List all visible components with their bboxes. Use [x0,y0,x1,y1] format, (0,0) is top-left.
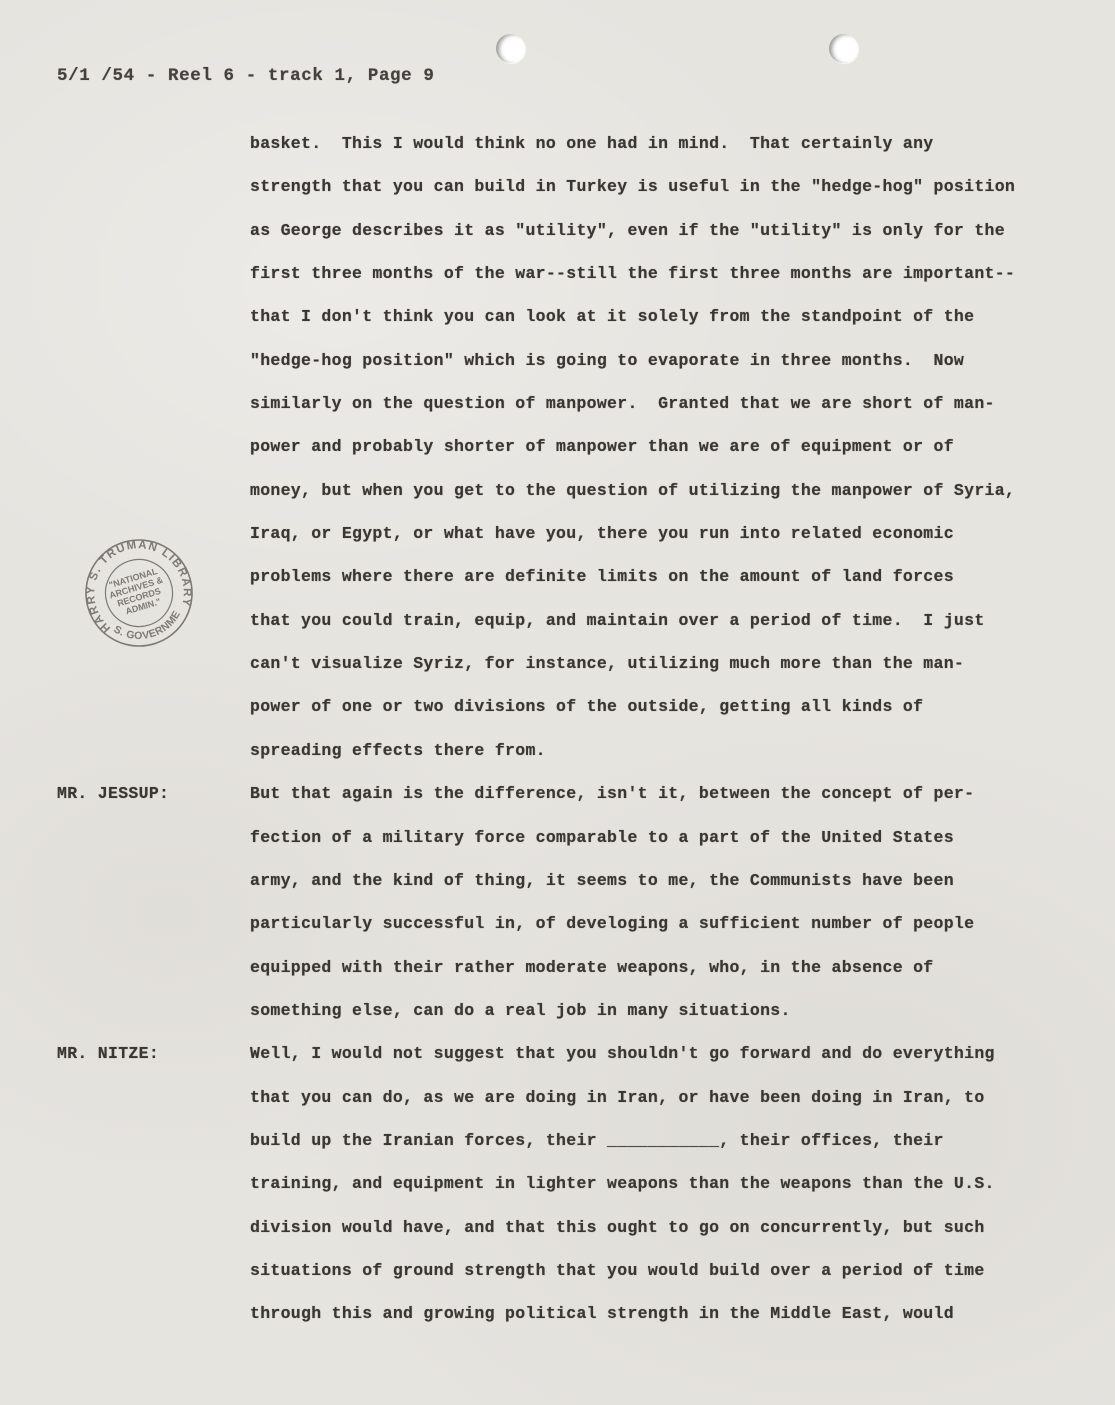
scanned-document-page: 5/1 /54 - Reel 6 - track 1, Page 9 HARRY… [0,0,1115,1405]
transcript-line: Iraq, or Egypt, or what have you, there … [250,512,1105,555]
transcript: basket. This I would think no one had in… [57,122,1105,1336]
paragraph-jessup: MR. JESSUP: But that again is the differ… [57,772,1105,1032]
transcript-line: that you can do, as we are doing in Iran… [250,1076,1105,1119]
transcript-line: strength that you can build in Turkey is… [250,165,1105,208]
transcript-line: as George describes it as "utility", eve… [250,209,1105,252]
paragraph-continuation: basket. This I would think no one had in… [57,122,1105,772]
transcript-line: But that again is the difference, isn't … [250,772,1105,815]
hole-punch-right [829,34,858,63]
transcript-line: something else, can do a real job in man… [250,989,1105,1032]
transcript-line: that I don't think you can look at it so… [250,295,1105,338]
hole-punch-left [496,34,525,63]
transcript-line: build up the Iranian forces, their _____… [250,1119,1105,1162]
transcript-line: training, and equipment in lighter weapo… [250,1162,1105,1205]
transcript-line: spreading effects there from. [250,729,1105,772]
transcript-line: problems where there are definite limits… [250,555,1105,598]
paragraph-lines: But that again is the difference, isn't … [250,772,1105,1032]
transcript-line: fection of a military force comparable t… [250,816,1105,859]
transcript-line: equipped with their rather moderate weap… [250,946,1105,989]
transcript-line: basket. This I would think no one had in… [250,122,1105,165]
transcript-line: similarly on the question of manpower. G… [250,382,1105,425]
paragraph-nitze: MR. NITZE: Well, I would not suggest tha… [57,1032,1105,1335]
transcript-line: Well, I would not suggest that you shoul… [250,1032,1105,1075]
transcript-line: can't visualize Syriz, for instance, uti… [250,642,1105,685]
transcript-line: army, and the kind of thing, it seems to… [250,859,1105,902]
speaker-label-nitze: MR. NITZE: [57,1032,250,1075]
transcript-line: through this and growing political stren… [250,1292,1105,1335]
transcript-line: that you could train, equip, and maintai… [250,599,1105,642]
transcript-line: power and probably shorter of manpower t… [250,425,1105,468]
speaker-label-jessup: MR. JESSUP: [57,772,250,815]
transcript-line: situations of ground strength that you w… [250,1249,1105,1292]
transcript-line: division would have, and that this ought… [250,1206,1105,1249]
transcript-line: money, but when you get to the question … [250,469,1105,512]
paragraph-lines: Well, I would not suggest that you shoul… [250,1032,1105,1335]
transcript-line: first three months of the war--still the… [250,252,1105,295]
paragraph-lines: basket. This I would think no one had in… [250,122,1105,772]
transcript-line: "hedge-hog position" which is going to e… [250,339,1105,382]
transcript-line: power of one or two divisions of the out… [250,685,1105,728]
page-header: 5/1 /54 - Reel 6 - track 1, Page 9 [57,66,434,86]
transcript-line: particularly successful in, of develogin… [250,902,1105,945]
